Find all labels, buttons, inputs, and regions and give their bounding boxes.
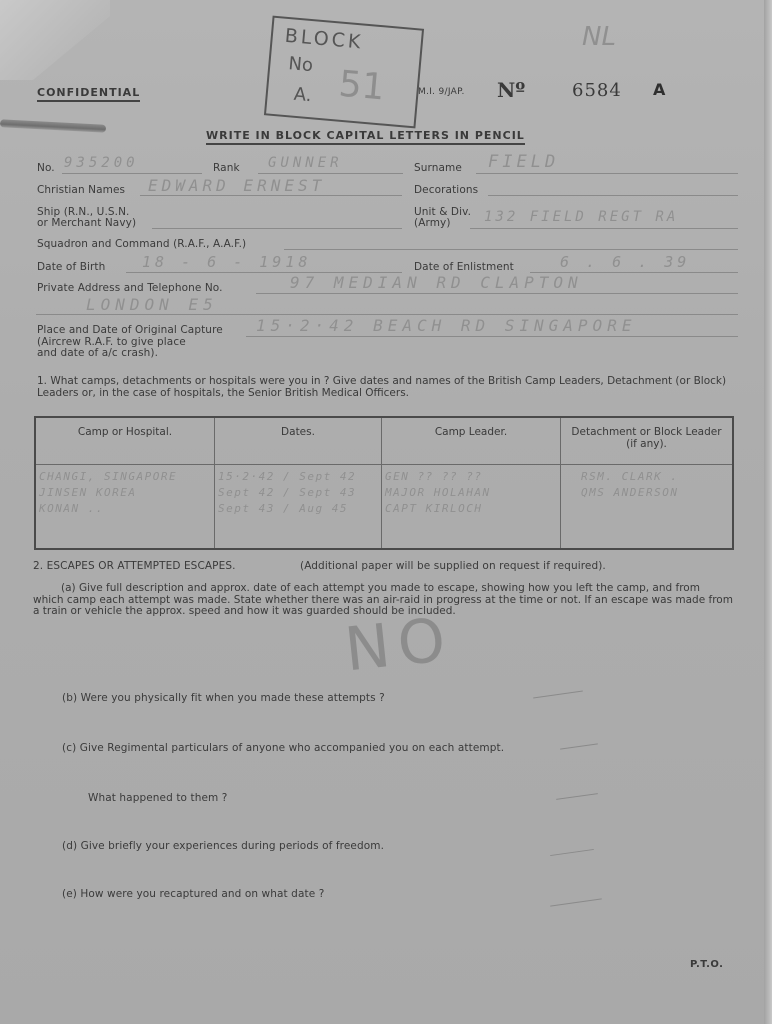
stamp-no-label: No — [288, 53, 314, 76]
squadron-line[interactable] — [284, 249, 738, 250]
label-date-of-birth: Date of Birth — [37, 261, 105, 273]
answer-c2-mark[interactable] — [556, 793, 598, 800]
value-number[interactable]: 935200 — [64, 155, 139, 171]
folded-corner — [0, 0, 110, 80]
value-address-line2[interactable]: LONDON E5 — [86, 295, 218, 314]
label-christian-names: Christian Names — [37, 184, 125, 196]
section2-note: (Additional paper will be supplied on re… — [300, 560, 606, 572]
section1-question: 1. What camps, detachments or hospitals … — [37, 376, 737, 399]
margin-note: NL — [582, 22, 616, 52]
value-unit-div[interactable]: 132 FIELD REGT RA — [484, 209, 678, 225]
value-date-of-enlistment[interactable]: 6 . 6 . 39 — [560, 253, 690, 271]
question-d: (d) Give briefly your experiences during… — [62, 840, 384, 852]
value-capture[interactable]: 15·2·42 BEACH RD SINGAPORE — [256, 316, 636, 335]
section2-heading: 2. ESCAPES OR ATTEMPTED ESCAPES. — [33, 560, 236, 572]
number-symbol: Nº — [497, 78, 525, 102]
label-rank: Rank — [213, 162, 240, 174]
cell-block-leader[interactable]: RSM. CLARK . QMS ANDERSON — [561, 465, 734, 550]
question-e: (e) How were you recaptured and on what … — [62, 888, 324, 900]
value-address-line1[interactable]: 97 MEDIAN RD CLAPTON — [290, 273, 583, 292]
label-unit-line2: (Army) — [414, 217, 451, 229]
cell-camp[interactable]: CHANGI, SINGAPORE JINSEN KOREA KONAN .. — [35, 465, 215, 550]
answer-a[interactable]: NO — [342, 605, 457, 686]
page-edge — [764, 0, 772, 1024]
value-rank[interactable]: GUNNER — [268, 155, 343, 171]
table-row: CHANGI, SINGAPORE JINSEN KOREA KONAN .. … — [35, 465, 733, 550]
question-c: (c) Give Regimental particulars of anyon… — [62, 742, 504, 754]
underline — [62, 173, 202, 174]
camps-table: Camp or Hospital. Dates. Camp Leader. De… — [34, 416, 734, 550]
col-camp-header: Camp or Hospital. — [35, 417, 215, 465]
cell-dates[interactable]: 15·2·42 / Sept 42 Sept 42 / Sept 43 Sept… — [215, 465, 382, 550]
underline — [246, 336, 738, 337]
label-date-of-enlistment: Date of Enlistment — [414, 261, 514, 273]
answer-b-mark[interactable] — [533, 691, 583, 699]
label-capture-line3: and date of a/c crash). — [37, 347, 158, 359]
label-ship-line2: or Merchant Navy) — [37, 217, 136, 229]
cell-camp-leader[interactable]: GEN ?? ?? ?? MAJOR HOLAHAN CAPT KIRLOCH — [382, 465, 561, 550]
label-squadron: Squadron and Command (R.A.F., A.A.F.) — [37, 238, 246, 250]
label-decorations: Decorations — [414, 184, 478, 196]
underline — [140, 195, 402, 196]
decorations-line[interactable] — [488, 195, 738, 196]
label-capture-line1: Place and Date of Original Capture — [37, 324, 223, 336]
form-reference: M.I. 9/JAP. — [418, 87, 465, 97]
label-surname: Surname — [414, 162, 462, 174]
classification-label: CONFIDENTIAL — [37, 86, 140, 102]
answer-e-mark[interactable] — [550, 898, 602, 906]
value-christian-names[interactable]: EDWARD ERNEST — [148, 176, 325, 195]
question-b: (b) Were you physically fit when you mad… — [62, 692, 385, 704]
please-turn-over: P.T.O. — [690, 959, 723, 970]
scanned-form-page: CONFIDENTIAL BLOCK No A. 51 NL M.I. 9/JA… — [0, 0, 772, 1024]
stamp-title: BLOCK — [284, 25, 364, 54]
label-address: Private Address and Telephone No. — [37, 282, 223, 294]
underline — [256, 293, 738, 294]
underline — [476, 173, 738, 174]
value-surname[interactable]: FIELD — [488, 152, 559, 172]
ship-line[interactable] — [152, 228, 402, 229]
col-dates-header: Dates. — [215, 417, 382, 465]
col-camp-leader-header: Camp Leader. — [382, 417, 561, 465]
underline — [470, 228, 738, 229]
instruction-heading: WRITE IN BLOCK CAPITAL LETTERS IN PENCIL — [206, 129, 525, 145]
label-number: No. — [37, 162, 55, 174]
underline — [36, 314, 738, 315]
serial-suffix: A — [653, 80, 665, 99]
value-date-of-birth[interactable]: 18 - 6 - 1918 — [142, 253, 311, 271]
stamp-letter: A. — [293, 84, 312, 106]
answer-c-mark[interactable] — [560, 743, 598, 749]
serial-number: 6584 — [572, 80, 622, 101]
col-block-leader-header: Detachment or Block Leader (if any). — [561, 417, 734, 465]
answer-d-mark[interactable] — [550, 849, 594, 856]
binding-string — [0, 119, 106, 133]
question-c-followup: What happened to them ? — [88, 792, 227, 804]
stamp-number: 51 — [337, 64, 386, 109]
underline — [258, 173, 403, 174]
block-stamp: BLOCK No A. 51 — [264, 16, 424, 129]
